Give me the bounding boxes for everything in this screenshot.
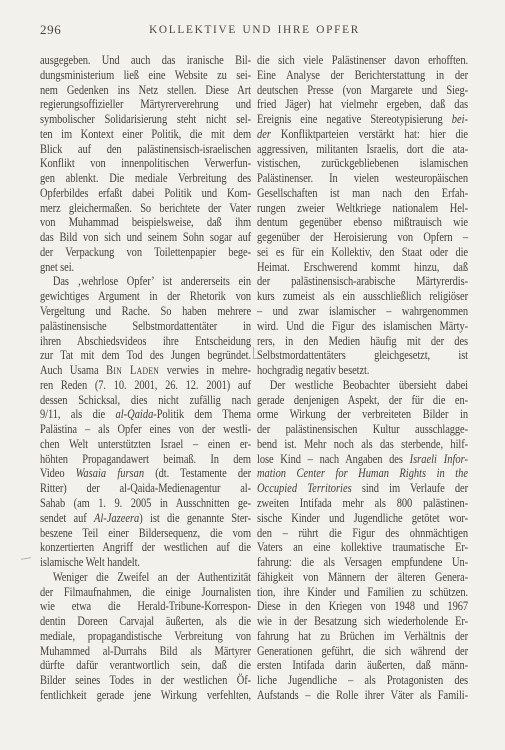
text-line: nem Gedenken ins Netz stellen. Diese Art	[40, 83, 251, 98]
text-line: dungsministerium ließ eine Website zu se…	[40, 68, 251, 83]
text-line: Sahab (am 1. 9. 2005 in Ausschnitten ge-	[40, 496, 251, 511]
text-line: Eine Analyse der Berichterstattung in de…	[257, 68, 468, 83]
text-line: tion, ihre Kinder und Familien zu schütz…	[257, 585, 468, 600]
text-line: von Muhammad beispielsweise, daß ihm	[40, 215, 251, 230]
text-line: ersten Intifada darin äußerten, daß männ…	[257, 658, 468, 673]
text-line: Blick auf den palästinensisch-israelisch…	[40, 142, 251, 157]
text-line: rungen zweier Weltkriege nationalem Hel-	[257, 201, 468, 216]
text-line: Muhammed al-Durrahs Bild als Märtyrer	[40, 644, 251, 659]
text-line: kurs zumeist als ein ausschließlich reli…	[257, 289, 468, 304]
text-line: Generationen geführt, die sich während d…	[257, 644, 468, 659]
text-line: mediale, propagandistische Verbreitung v…	[40, 629, 251, 644]
text-line: 9/11, als die al-Qaida-Politik dem Thema	[40, 407, 251, 422]
text-line: Selbstmordattentäters gleichgesetzt, ist	[257, 348, 468, 363]
text-line: Weniger die Zweifel an der Authentizität	[40, 570, 251, 585]
text-column-left-lines: ausgegeben. Und auch das iranische Bil-d…	[40, 53, 251, 703]
text-line: Diese in den Kriegen von 1948 und 1967	[257, 599, 468, 614]
text-line: das Bild von sich und seinem Sohn sogar …	[40, 230, 251, 245]
text-line: fahrung: die als Versagen empfundene Un-	[257, 555, 468, 570]
text-line: der Filmaufnahmen, die einige Journalist…	[40, 585, 251, 600]
text-line: Opferbildes erfaßt dabei Politik und Kom…	[40, 186, 251, 201]
text-line: dentin Doreen Carvajal äußerten, als die	[40, 614, 251, 629]
text-line: islamische Welt handelt.	[40, 555, 251, 570]
text-line: sendet auf Al-Jazeera) ist die genannte …	[40, 511, 251, 526]
text-line: fahrung hat zu Brüchen im Verhältnis der	[257, 629, 468, 644]
text-line: Palästina – als Opfer eines von der west…	[40, 422, 251, 437]
text-line: der palästinensischen Kultur ausschlagge…	[257, 422, 468, 437]
text-column-right: die sich viele Palästinenser davon erhof…	[257, 53, 468, 703]
text-line: Vergeltung und Rache. So haben mehrere	[40, 304, 251, 319]
text-line: sei es für ein Kollektiv, den Staat oder…	[257, 245, 468, 260]
text-line: konzertierten Angriff der westlichen auf…	[40, 540, 251, 555]
text-line: hochgradig negativ besetzt.	[257, 363, 468, 378]
text-line: ren Reden (7. 10. 2001, 26. 12. 2001) au…	[40, 378, 251, 393]
text-line: der Konfliktparteien verstärkt hat: hier…	[257, 127, 468, 142]
text-line: Occupied Territories sind im Verlaufe de…	[257, 481, 468, 496]
text-line: symbolischer Solidarisierung steht nicht…	[40, 112, 251, 127]
text-line: fentlichkeit gerade jene Wirkung verfehl…	[40, 688, 251, 703]
pencil-tick-icon	[21, 557, 31, 560]
text-line: mation Center for Human Rights in the	[257, 466, 468, 481]
text-line: Aufstands – die Rolle ihrer Väter als Fa…	[257, 688, 468, 703]
book-page: 296 KOLLEKTIVE UND IHRE OPFER ausgegeben…	[0, 0, 505, 750]
text-line: palästinensische Selbstmordattentäter in	[40, 319, 251, 334]
text-line: Palästinenser. In vielen westeuropäische…	[257, 171, 468, 186]
text-line: rers, in den Medien häufig mit der des	[257, 334, 468, 349]
text-column-right-lines: die sich viele Palästinenser davon erhof…	[257, 53, 468, 703]
text-line: gen ablenkt. Die mediale Verbreitung des	[40, 171, 251, 186]
text-line: dentum gegenüber ebenso mißtrauisch wie	[257, 215, 468, 230]
text-line: Der westliche Beobachter übersieht dabei	[257, 378, 468, 393]
text-line: ten im Kontext einer Politik, die mit de…	[40, 127, 251, 142]
text-line: zur Tat mit dem Tod des Jungen begründet…	[40, 348, 251, 363]
text-line: die sich viele Palästinenser davon erhof…	[257, 53, 468, 68]
text-line: Ereignis eine negative Stereotypisierung…	[257, 112, 468, 127]
text-line: dürfte dafür verantwortlich sein, daß di…	[40, 658, 251, 673]
text-line: sische Kinder und Jugendliche getötet wo…	[257, 511, 468, 526]
text-line: wird. Und die Figur des islamischen Märt…	[257, 319, 468, 334]
text-line: wie etwa die Herald-Tribune-Korrespon-	[40, 599, 251, 614]
text-line: der palästinensisch-arabische Märtyrerdi…	[257, 274, 468, 289]
text-line: – und zwar islamischer – wahrgenommen	[257, 304, 468, 319]
text-line: deutschen Presse (von Margarete und Sieg…	[257, 83, 468, 98]
text-line: wie in der Besatzung sich wiederholende …	[257, 614, 468, 629]
text-line: Heimat. Erschwerend kommt hinzu, daß	[257, 260, 468, 275]
text-line: Vaters an eine kollektive traumatische E…	[257, 540, 468, 555]
text-line: Gesellschaften ist man nach den Erfah-	[257, 186, 468, 201]
text-line: ausgegeben. Und auch das iranische Bil-	[40, 53, 251, 68]
text-line: Ritter) der al-Qaida-Medienagentur al-	[40, 481, 251, 496]
text-line: den – rührt die Figur des ohnmächtigen	[257, 526, 468, 541]
text-line: zweiten Intifada mehr als 800 palästinen…	[257, 496, 468, 511]
text-line: Auch Usama Bin Laden verwies in mehre-	[40, 363, 251, 378]
text-column-left: ausgegeben. Und auch das iranische Bil-d…	[40, 53, 251, 703]
text-line: höhten Propagandawert beimaß. In dem	[40, 452, 251, 467]
text-line: Konflikt von innenpolitischen Verwerfun-	[40, 156, 251, 171]
text-line: bend ist. Mehr noch als das sterbende, h…	[257, 437, 468, 452]
text-line: gewichtiges Argument in der Rhetorik von	[40, 289, 251, 304]
text-line: gerade denjenigen Aspekt, der für die en…	[257, 393, 468, 408]
text-line: dessen Schicksal, dies nicht zufällig na…	[40, 393, 251, 408]
text-line: lose Kind – nach Angaben des Israeli Inf…	[257, 452, 468, 467]
text-line: merz gleichermaßen. So berichtete der Va…	[40, 201, 251, 216]
text-line: ihren Abschiedsvideos ihre Entscheidung	[40, 334, 251, 349]
text-line: Video Wasaia fursan (dt. Testamente der	[40, 466, 251, 481]
text-line: fried Jäger) hat vielmehr ergeben, daß d…	[257, 97, 468, 112]
text-line: gegenüber der Heroisierung von Opfern –	[257, 230, 468, 245]
text-line: liche Jugendliche – als Protagonisten de…	[257, 673, 468, 688]
text-line: gnet sei.	[40, 260, 251, 275]
pencil-corner-icon	[253, 347, 259, 359]
text-line: Das ‚wehrlose Opfer’ ist andererseits ei…	[40, 274, 251, 289]
running-head: 296 KOLLEKTIVE UND IHRE OPFER	[40, 22, 469, 38]
text-line: chen Welt unterstützten Israel – einen e…	[40, 437, 251, 452]
text-line: fähigkeit von Männern der älteren Genera…	[257, 570, 468, 585]
text-line: der Verpackung von Toilettenpapier bege-	[40, 245, 251, 260]
running-header-title: KOLLEKTIVE UND IHRE OPFER	[40, 24, 469, 36]
text-line: beszene Teil einer Bildersequenz, die vo…	[40, 526, 251, 541]
text-line: vistischen, zurückgebliebenen islamische…	[257, 156, 468, 171]
text-line: aggressiven, militanten Israelis, dort d…	[257, 142, 468, 157]
text-line: Bilder seines Todes in der westlichen Öf…	[40, 673, 251, 688]
text-line: regierungsoffizieller Märtyrerverehrung …	[40, 97, 251, 112]
text-line: orme Wirkung der verbreiteten Bilder in	[257, 407, 468, 422]
